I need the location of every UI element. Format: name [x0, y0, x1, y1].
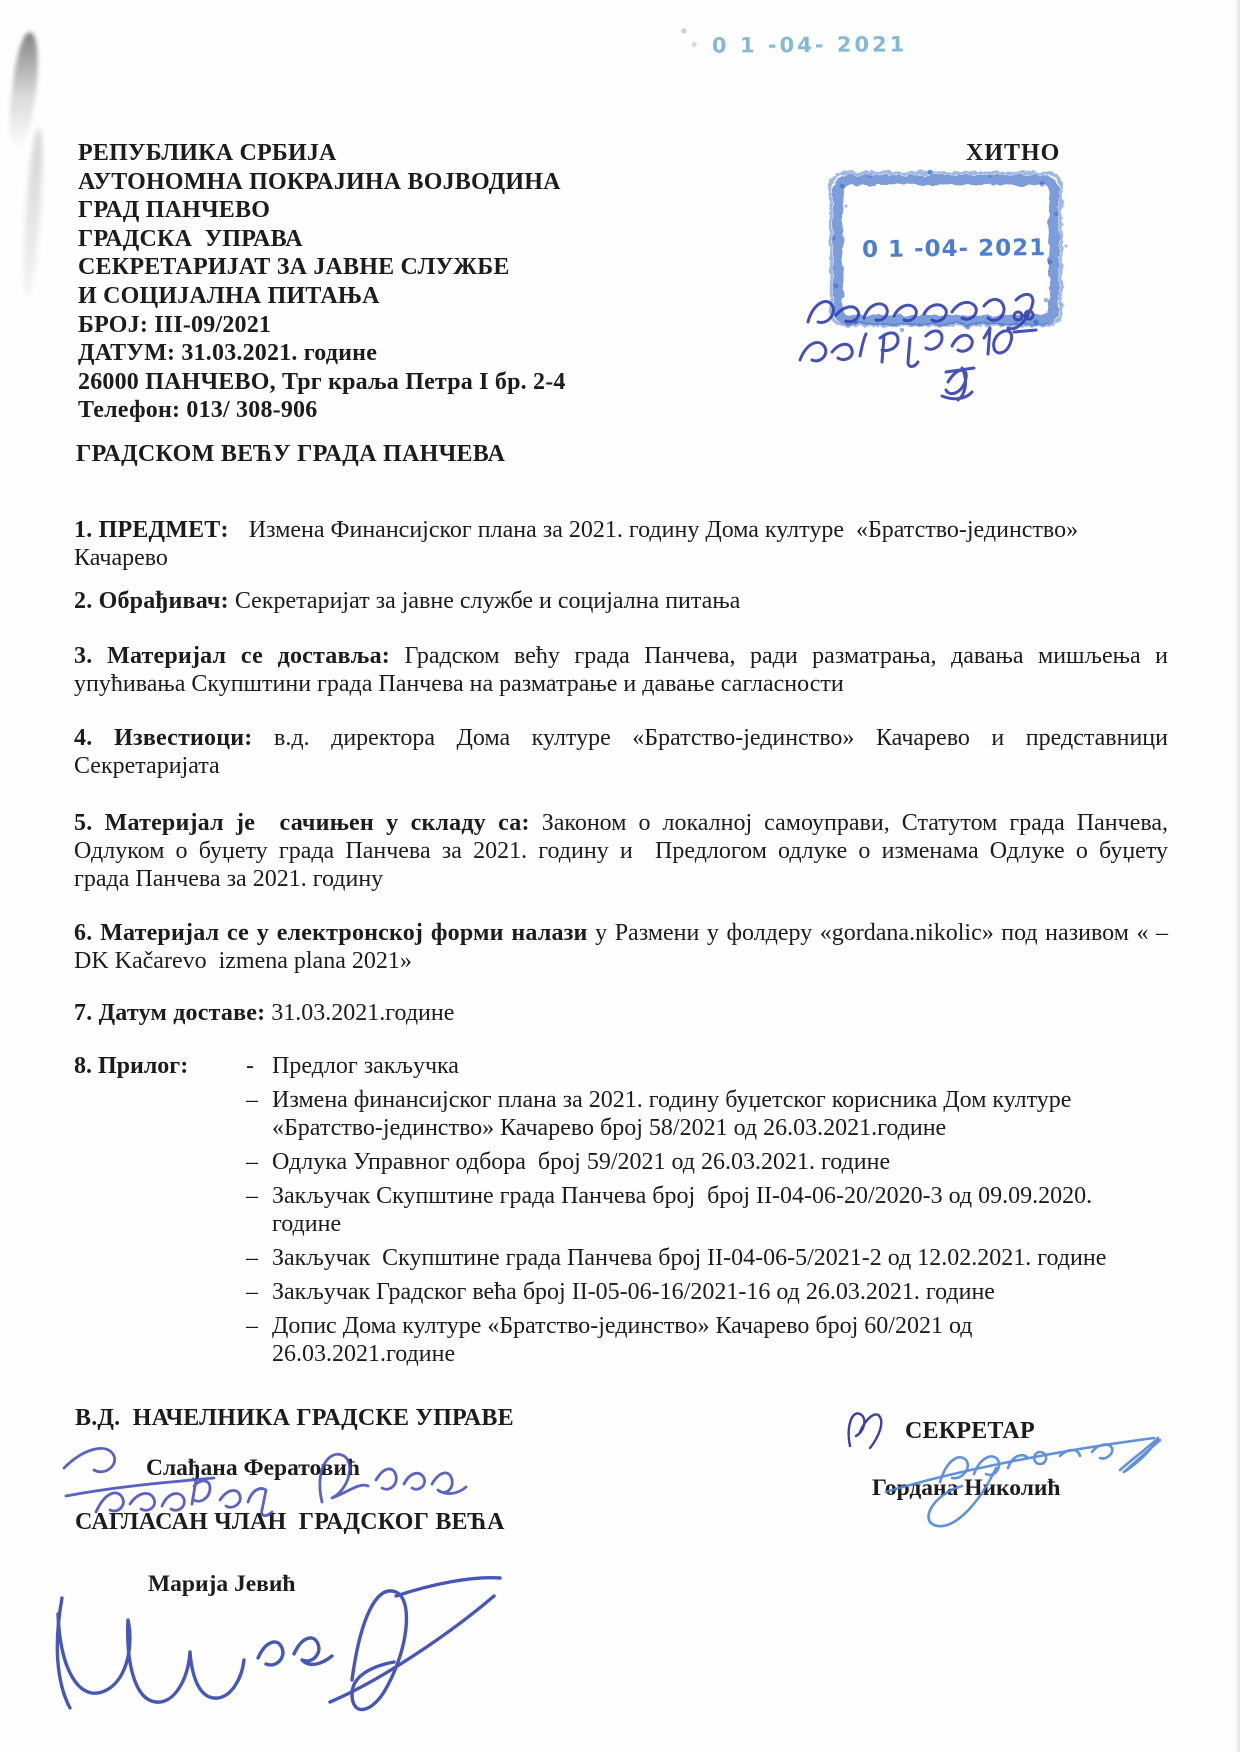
list-item-text: Допис Дома културе «Братство-јединство» …	[272, 1312, 1170, 1340]
attachments-label: 8. Прилог:	[74, 1052, 246, 1374]
paragraph-label: 4. Известиоци:	[74, 725, 252, 751]
letterhead-line: РЕПУБЛИКА СРБИЈА	[78, 139, 566, 168]
paragraph-text: Одлуком о буџету града Панчева за 2021. …	[74, 838, 1168, 864]
paragraph-text: упућивања Скупштини града Панчева на раз…	[74, 671, 844, 697]
paragraph-legal-basis: 5. Материјал је сачињен у складу са: Зак…	[74, 810, 1168, 893]
paragraph-text: Секретаријата	[74, 753, 220, 779]
paragraph-label: 1. ПРЕДМЕТ:	[74, 517, 229, 543]
dash-marker: –	[246, 1278, 272, 1306]
paragraph-text: Секретаријат за јавне службе и социјална…	[235, 588, 740, 614]
paragraph-subject: 1. ПРЕДМЕТ: Измена Финансијског плана за…	[74, 517, 1168, 573]
paragraph-label: 7. Датум доставе:	[74, 1000, 265, 1026]
acting-head-name: Слађана Фератовић	[146, 1455, 360, 1482]
paragraph-label: 3. Материјал се доставља:	[74, 643, 390, 669]
paragraph-label: 6. Материјал се у електронској форми нал…	[74, 920, 588, 946]
paragraph-text: 31.03.2021.године	[271, 1000, 454, 1026]
date-stamp-top: 0 1 -04- 2021	[712, 32, 907, 57]
list-item: – Измена финансијског плана за 2021. год…	[246, 1086, 1170, 1142]
handwritten-initials	[942, 368, 974, 400]
letterhead-line: ДАТУМ: 31.03.2021. године	[78, 339, 566, 368]
stamp-ink-specks	[676, 22, 702, 52]
letterhead-line: СЕКРЕТАРИЈАТ ЗА ЈАВНЕ СЛУЖБЕ	[78, 253, 566, 282]
list-item-text: Закључак Градског већа број II-05-06-16/…	[272, 1278, 1170, 1306]
dash-marker: –	[246, 1086, 272, 1142]
paragraph-processor: 2. Обрађивач: Секретаријат за јавне служ…	[74, 588, 1168, 616]
paragraph-text: Законом о локалној самоуправи, Статутом …	[542, 810, 1168, 836]
list-item-text: Закључак Скупштине града Панчева број II…	[272, 1244, 1170, 1272]
paragraph-delivery: 3. Материјал се доставља: Градском већу …	[74, 643, 1168, 699]
letterhead-line: ГРАДСКА УПРАВА	[78, 225, 566, 254]
list-item: – Допис Дома културе «Братство-јединство…	[246, 1312, 1170, 1368]
letterhead: РЕПУБЛИКА СРБИЈА АУТОНОМНА ПОКРАЈИНА ВОЈ…	[78, 139, 566, 425]
paragraph-text: Градском већу града Панчева, ради размат…	[404, 643, 1168, 669]
attachments-list: - Предлог закључка – Измена финансијског…	[246, 1052, 1170, 1374]
urgent-label: ХИТНО	[966, 140, 1060, 167]
scanned-document-page: 0 1 -04- 2021 РЕПУБЛИКА СРБИЈА АУТОНОМНА…	[0, 0, 1240, 1752]
list-item: – Закључак Скупштине града Панчева број …	[246, 1182, 1170, 1238]
council-member-title: САГЛАСАН ЧЛАН ГРАДСКОГ ВЕЋА	[75, 1509, 505, 1536]
paragraph-text: града Панчева за 2021. годину	[74, 866, 383, 892]
list-item: – Одлука Управног одбора број 59/2021 од…	[246, 1148, 1170, 1176]
scan-smudge	[20, 128, 46, 299]
addressee-line: ГРАДСКОМ ВЕЋУ ГРАДА ПАНЧЕВА	[76, 441, 505, 468]
dash-marker: –	[246, 1148, 272, 1176]
paragraph-text: у Размени у фолдеру «gordana.nikolic» по…	[595, 920, 1168, 946]
list-item: – Закључак Градског већа број II-05-06-1…	[246, 1278, 1170, 1306]
paragraph-presenters: 4. Известиоци: в.д. директора Дома култу…	[74, 725, 1168, 781]
list-item: – Закључак Скупштине града Панчева број …	[246, 1244, 1170, 1272]
paragraph-delivery-date: 7. Датум доставе: 31.03.2021.године	[74, 1000, 1168, 1028]
paragraph-text: Измена Финансијског плана за 2021. годин…	[249, 517, 1078, 543]
list-item-text: године	[272, 1210, 1170, 1238]
paragraph-text: Качарево	[74, 545, 168, 571]
list-item-text: 26.03.2021.године	[272, 1340, 1170, 1368]
paragraph-label: 5. Материјал је сачињен у складу са:	[74, 810, 530, 836]
dash-marker: –	[246, 1182, 272, 1238]
dash-marker: -	[246, 1052, 272, 1080]
paragraph-text: DK Kačarevo izmena plana 2021»	[74, 948, 412, 974]
letterhead-line: ГРАД ПАНЧЕВО	[78, 196, 566, 225]
secretary-title: СЕКРЕТАР	[905, 1418, 1035, 1445]
letterhead-line: АУТОНОМНА ПОКРАЈИНА ВОЈВОДИНА	[78, 168, 566, 197]
paragraph-label: 2. Обрађивач:	[74, 588, 229, 614]
paragraph-electronic-form: 6. Материјал се у електронској форми нал…	[74, 920, 1168, 976]
dash-marker: –	[246, 1312, 272, 1368]
letterhead-line: БРОЈ: III-09/2021	[78, 311, 566, 340]
list-item-text: Предлог закључка	[272, 1052, 1170, 1080]
attachments-section: 8. Прилог: - Предлог закључка – Измена ф…	[74, 1052, 1170, 1374]
letterhead-line: И СОЦИЈАЛНА ПИТАЊА	[78, 282, 566, 311]
receipt-stamp-date: 0 1 -04- 2021	[862, 235, 1046, 263]
acting-head-title: В.Д. НАЧЕЛНИКА ГРАДСКЕ УПРАВЕ	[75, 1405, 514, 1432]
list-item-text: Одлука Управног одбора број 59/2021 од 2…	[272, 1148, 1170, 1176]
letterhead-line: 26000 ПАНЧЕВО, Трг краља Петра I бр. 2-4	[78, 368, 566, 397]
secretary-paraph	[849, 1413, 882, 1448]
list-item-text: Закључак Скупштине града Панчева број бр…	[272, 1182, 1170, 1210]
letterhead-line: Телефон: 013/ 308-906	[78, 396, 566, 425]
list-item-text: Измена финансијског плана за 2021. годин…	[272, 1086, 1170, 1114]
council-member-name: Марија Јевић	[148, 1571, 295, 1598]
secretary-name: Гордана Николић	[872, 1475, 1060, 1502]
page-edge-shadow	[1235, 0, 1240, 1752]
list-item: - Предлог закључка	[246, 1052, 1170, 1080]
paragraph-text: в.д. директора Дома културе «Братство-је…	[274, 725, 1168, 751]
dash-marker: –	[246, 1244, 272, 1272]
list-item-text: «Братство-јединство» Качарево број 58/20…	[272, 1114, 1170, 1142]
handwritten-note	[800, 294, 1036, 366]
